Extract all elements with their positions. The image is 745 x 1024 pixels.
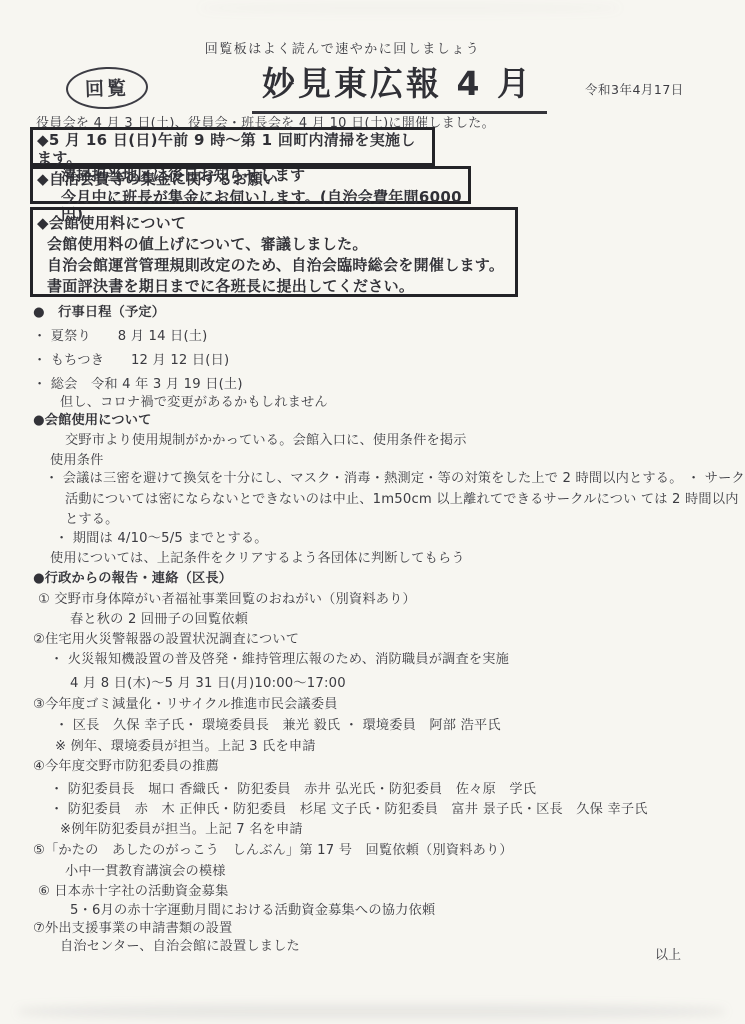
box-line: 書面評決書を期日までに各班長に提出してください。 <box>33 276 515 297</box>
reports-heading: ●行政からの報告・連絡（区長） <box>30 570 720 588</box>
highlight-box-dues: ◆自治会費等の集金に関するお願い 今月中に班長が集金にお伺いします。(自治会費年… <box>30 166 471 204</box>
schedule-note: 但し、コロナ禍で変更があるかもしれません <box>30 394 720 412</box>
highlight-box-hall-fee: ◆会館使用料について 会館使用料の値上げについて、審議しました。 自治会館運営管… <box>30 207 518 297</box>
issue-date: 令和3年4月17日 <box>585 80 684 98</box>
hall-usage-line: 交野市より使用規制がかかっている。会館入口に、使用条件を掲示 <box>30 432 720 450</box>
report-line: ②住宅用火災警報器の設置状況調査について <box>30 631 720 649</box>
hall-usage-line: ・ 期間は 4/10～5/5 までとする。 <box>30 530 720 548</box>
report-line: 小中一貫教育講演会の模様 <box>30 863 720 881</box>
scan-artifact <box>200 4 620 12</box>
report-line: 春と秋の 2 回冊子の回覧依頼 <box>30 611 720 629</box>
highlight-box-cleanup: ◆5 月 16 日(日)午前 9 時～第 1 回町内清掃を実施します。 清掃担当… <box>30 127 435 166</box>
report-line: ④今年度交野市防犯委員の推薦 <box>30 758 720 776</box>
report-line: 4 月 8 日(木)～5 月 31 日(月)10:00～17:00 <box>30 675 720 693</box>
box-line: 会館使用料の値上げについて、審議しました。 <box>33 234 515 255</box>
schedule-heading: ● 行事日程（予定） <box>30 304 720 322</box>
report-line: ③今年度ゴミ減量化・リサイクル推進市民会議委員 <box>30 696 720 714</box>
hall-usage-line: とする。 <box>30 511 720 529</box>
box-line: 自治会館運営管理規則改定のため、自治会臨時総会を開催します。 <box>33 255 515 276</box>
hall-usage-line: ・ 会議は三密を避けて換気を十分にし、マスク・消毒・熱測定・等の対策をした上で … <box>30 470 720 488</box>
report-line: ⑤「かたの あしたのがっこう しんぶん」第 17 号 回覧依頼（別資料あり） <box>30 842 720 860</box>
report-line: ※ 例年、環境委員が担当。上記 3 氏を申請 <box>30 738 720 756</box>
closing-word: 以上 <box>655 944 681 963</box>
kairan-stamp: 回覧 <box>65 66 148 111</box>
report-line: ⑦外出支援事業の申請書類の設置 <box>30 920 720 938</box>
hall-usage-line: 使用条件 <box>30 452 720 470</box>
hall-usage-heading: ●会館使用について <box>30 412 720 430</box>
report-line: ⑥ 日本赤十字社の活動資金募集 <box>30 883 720 901</box>
hall-usage-line: 活動については密にならないとできないのは中止、1m50cm 以上離れてできるサー… <box>30 491 720 509</box>
schedule-item: ・ 夏祭り 8 月 14 日(土) <box>30 328 720 346</box>
report-line: ・ 火災報知機設置の普及啓発・維持管理広報のため、消防職員が調査を実施 <box>30 651 720 669</box>
report-line: ・ 防犯委員長 堀口 香織氏・ 防犯委員 赤井 弘光氏・防犯委員 佐々原 学氏 <box>30 781 720 799</box>
report-line: ① 交野市身体障がい者福祉事業回覧のおねがい（別資料あり） <box>30 591 720 609</box>
newsletter-page: 回覧板はよく読んで速やかに回しましょう 回覧 妙見東広報 4 月 令和3年4月1… <box>0 0 745 1024</box>
report-line: 5・6月の赤十字運動月間における活動資金募集への協力依頼 <box>30 902 720 920</box>
newsletter-title: 妙見東広報 4 月 <box>262 64 533 103</box>
box-line: ◆5 月 16 日(日)午前 9 時～第 1 回町内清掃を実施します。 <box>33 132 432 167</box>
hall-usage-line: 使用については、上記条件をクリアするよう各団体に判断してもらう <box>30 550 720 568</box>
schedule-item: ・ 総会 令和 4 年 3 月 19 日(土) <box>30 376 720 394</box>
box-line: ◆自治会費等の集金に関するお願い <box>33 171 468 189</box>
schedule-item: ・ もちつき 12 月 12 日(日) <box>30 352 720 370</box>
top-notice: 回覧板はよく読んで速やかに回しましょう <box>0 38 685 57</box>
report-line: ・ 区長 久保 幸子氏・ 環境委員長 兼光 毅氏 ・ 環境委員 阿部 浩平氏 <box>30 717 720 735</box>
report-line: ※例年防犯委員が担当。上記 7 名を申請 <box>30 821 720 839</box>
body-content: ● 行事日程（予定） ・ 夏祭り 8 月 14 日(土) ・ もちつき 12 月… <box>30 304 720 956</box>
box-line: ◆会館使用料について <box>33 213 515 234</box>
report-line: 自治センター、自治会館に設置しました <box>30 938 720 956</box>
title-underline: 妙見東広報 4 月 <box>252 58 547 114</box>
scan-smudge <box>18 1005 725 1018</box>
report-line: ・ 防犯委員 赤 木 正伸氏・防犯委員 杉尾 文子氏・防犯委員 富井 景子氏・区… <box>30 801 720 819</box>
